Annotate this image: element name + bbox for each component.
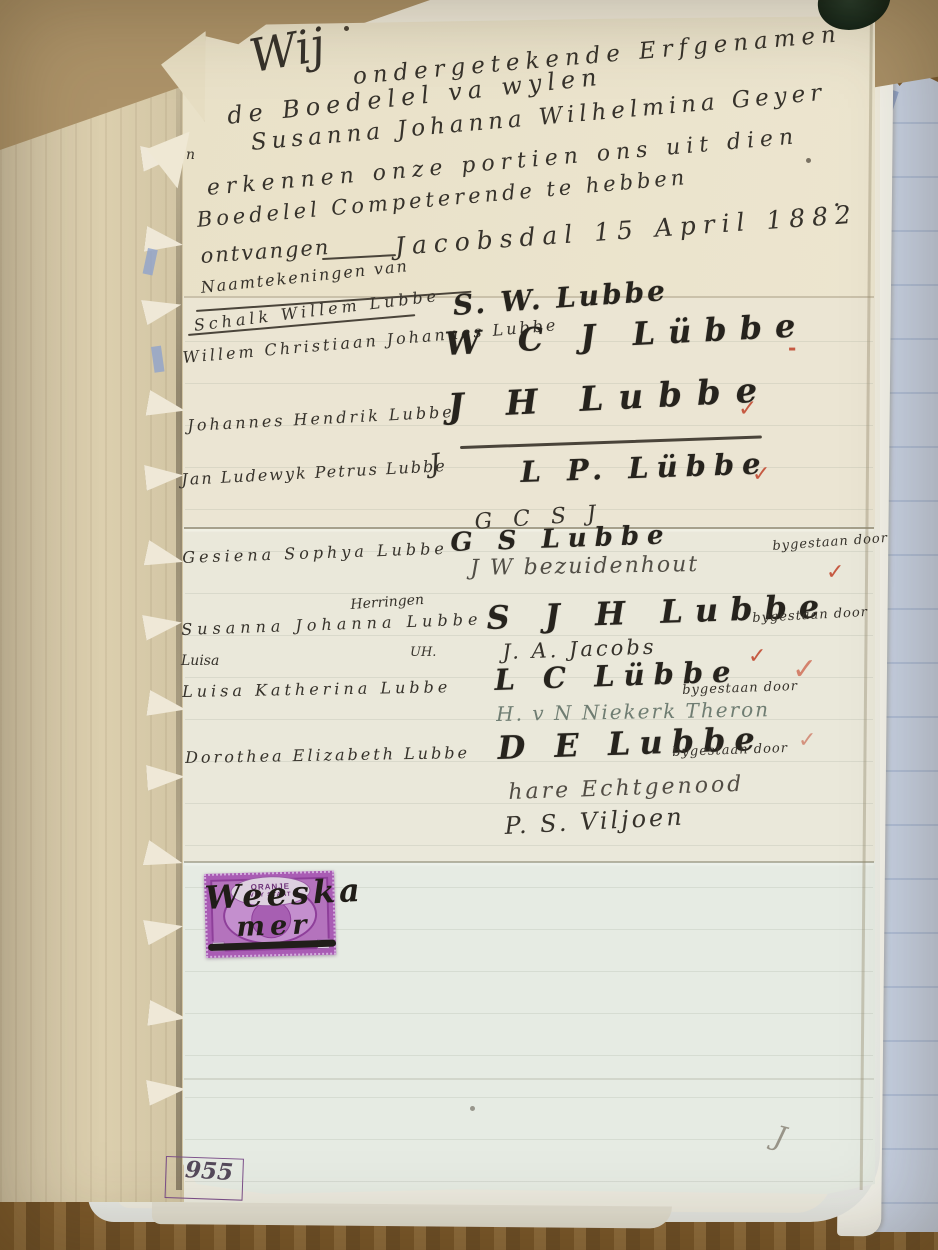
assist-note-8: bygestaan door — [672, 742, 788, 759]
fold-seam — [184, 1078, 874, 1080]
audit-check-7: ✓ — [792, 652, 817, 687]
heir-signature-4: L P. Lübbe — [520, 449, 769, 487]
paper-speck — [470, 1106, 475, 1111]
heir-name-7: Luisa Katherina Lubbe — [182, 679, 451, 700]
stamp-cancellation-line-2: mer — [236, 911, 312, 941]
inserted-word-below-6: UH. — [410, 646, 436, 659]
paper-speck — [344, 26, 349, 31]
fold-seam — [184, 861, 874, 863]
opening-salutation: Wij — [246, 21, 328, 79]
audit-check-6: ✓ — [748, 644, 766, 669]
margin-mark: n — [186, 148, 195, 162]
stamp-cancellation-line-1: Weeska — [204, 874, 364, 914]
audit-check-4: ✓ — [752, 462, 770, 487]
assist-note-7: bygestaan door — [682, 680, 798, 697]
archive-number: 955 — [184, 1158, 234, 1184]
audit-check-8: ✓ — [798, 728, 816, 753]
audit-mark-2: ‐ — [788, 336, 796, 360]
audit-check-3: ✓ — [738, 396, 757, 422]
heir-signature-5: G S Lubbe — [450, 522, 672, 556]
assistant-signature-5: J W bezuidenhout — [470, 554, 699, 580]
photo-estate-receipt-in-volume: Wij ondergetekende Erfgenamen de Boedele… — [0, 0, 938, 1250]
audit-check-5: ✓ — [826, 560, 844, 585]
false-start-word: Luisa — [181, 654, 219, 668]
paper-speck — [806, 158, 811, 163]
page-bottom-edge-2 — [152, 1202, 672, 1229]
